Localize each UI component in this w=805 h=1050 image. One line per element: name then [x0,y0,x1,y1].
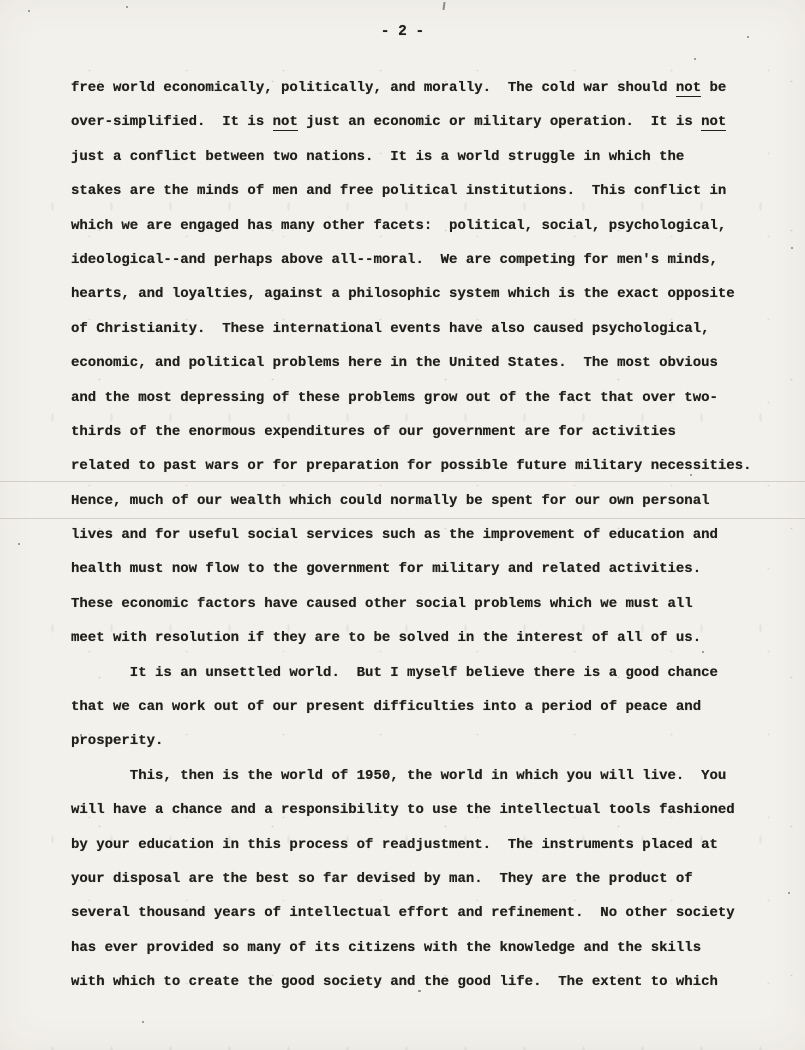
paper-speck [442,2,445,10]
paper-speck [126,6,128,8]
underlined-word: not [273,114,298,131]
paper-speck [28,10,30,12]
text-line: by your education in this process of rea… [71,828,752,862]
text-line: hearts, and loyalties, against a philoso… [71,277,752,311]
underlined-word: not [701,114,726,131]
text-line: related to past wars or for preparation … [71,449,752,483]
text-line: prosperity. [71,724,752,758]
paper-speck [788,892,790,894]
text-line: meet with resolution if they are to be s… [71,621,752,655]
text-line: of Christianity. These international eve… [71,312,752,346]
text-line: It is an unsettled world. But I myself b… [71,656,752,690]
text-line: that we can work out of our present diff… [71,690,752,724]
text-line: stakes are the minds of men and free pol… [71,174,752,208]
page-number: - 2 - [0,22,805,42]
text-line: has ever provided so many of its citizen… [71,931,752,965]
text-line: which we are engaged has many other face… [71,209,752,243]
underlined-word: not [676,80,701,97]
paper-speck [694,58,696,60]
text-line: health must now flow to the government f… [71,552,752,586]
paper-speck [142,1021,144,1023]
document-lines: free world economically, politically, an… [71,71,752,1000]
document-page: - 2 - free world economically, political… [0,0,805,1050]
text-line: just a conflict between two nations. It … [71,140,752,174]
text-line: ideological--and perhaps above all--mora… [71,243,752,277]
text-line: lives and for useful social services suc… [71,518,752,552]
text-line: will have a chance and a responsibility … [71,793,752,827]
text-line: over-simplified. It is not just an econo… [71,105,752,139]
text-line: several thousand years of intellectual e… [71,896,752,930]
text-line: with which to create the good society an… [71,965,752,999]
text-line: Hence, much of our wealth which could no… [71,484,752,518]
text-line: your disposal are the best so far devise… [71,862,752,896]
text-line: This, then is the world of 1950, the wor… [71,759,752,793]
text-line: These economic factors have caused other… [71,587,752,621]
text-line: thirds of the enormous expenditures of o… [71,415,752,449]
text-line: economic, and political problems here in… [71,346,752,380]
paper-speck [18,543,20,545]
paper-speck [791,247,793,249]
text-line: free world economically, politically, an… [71,71,752,105]
text-line: and the most depressing of these problem… [71,381,752,415]
